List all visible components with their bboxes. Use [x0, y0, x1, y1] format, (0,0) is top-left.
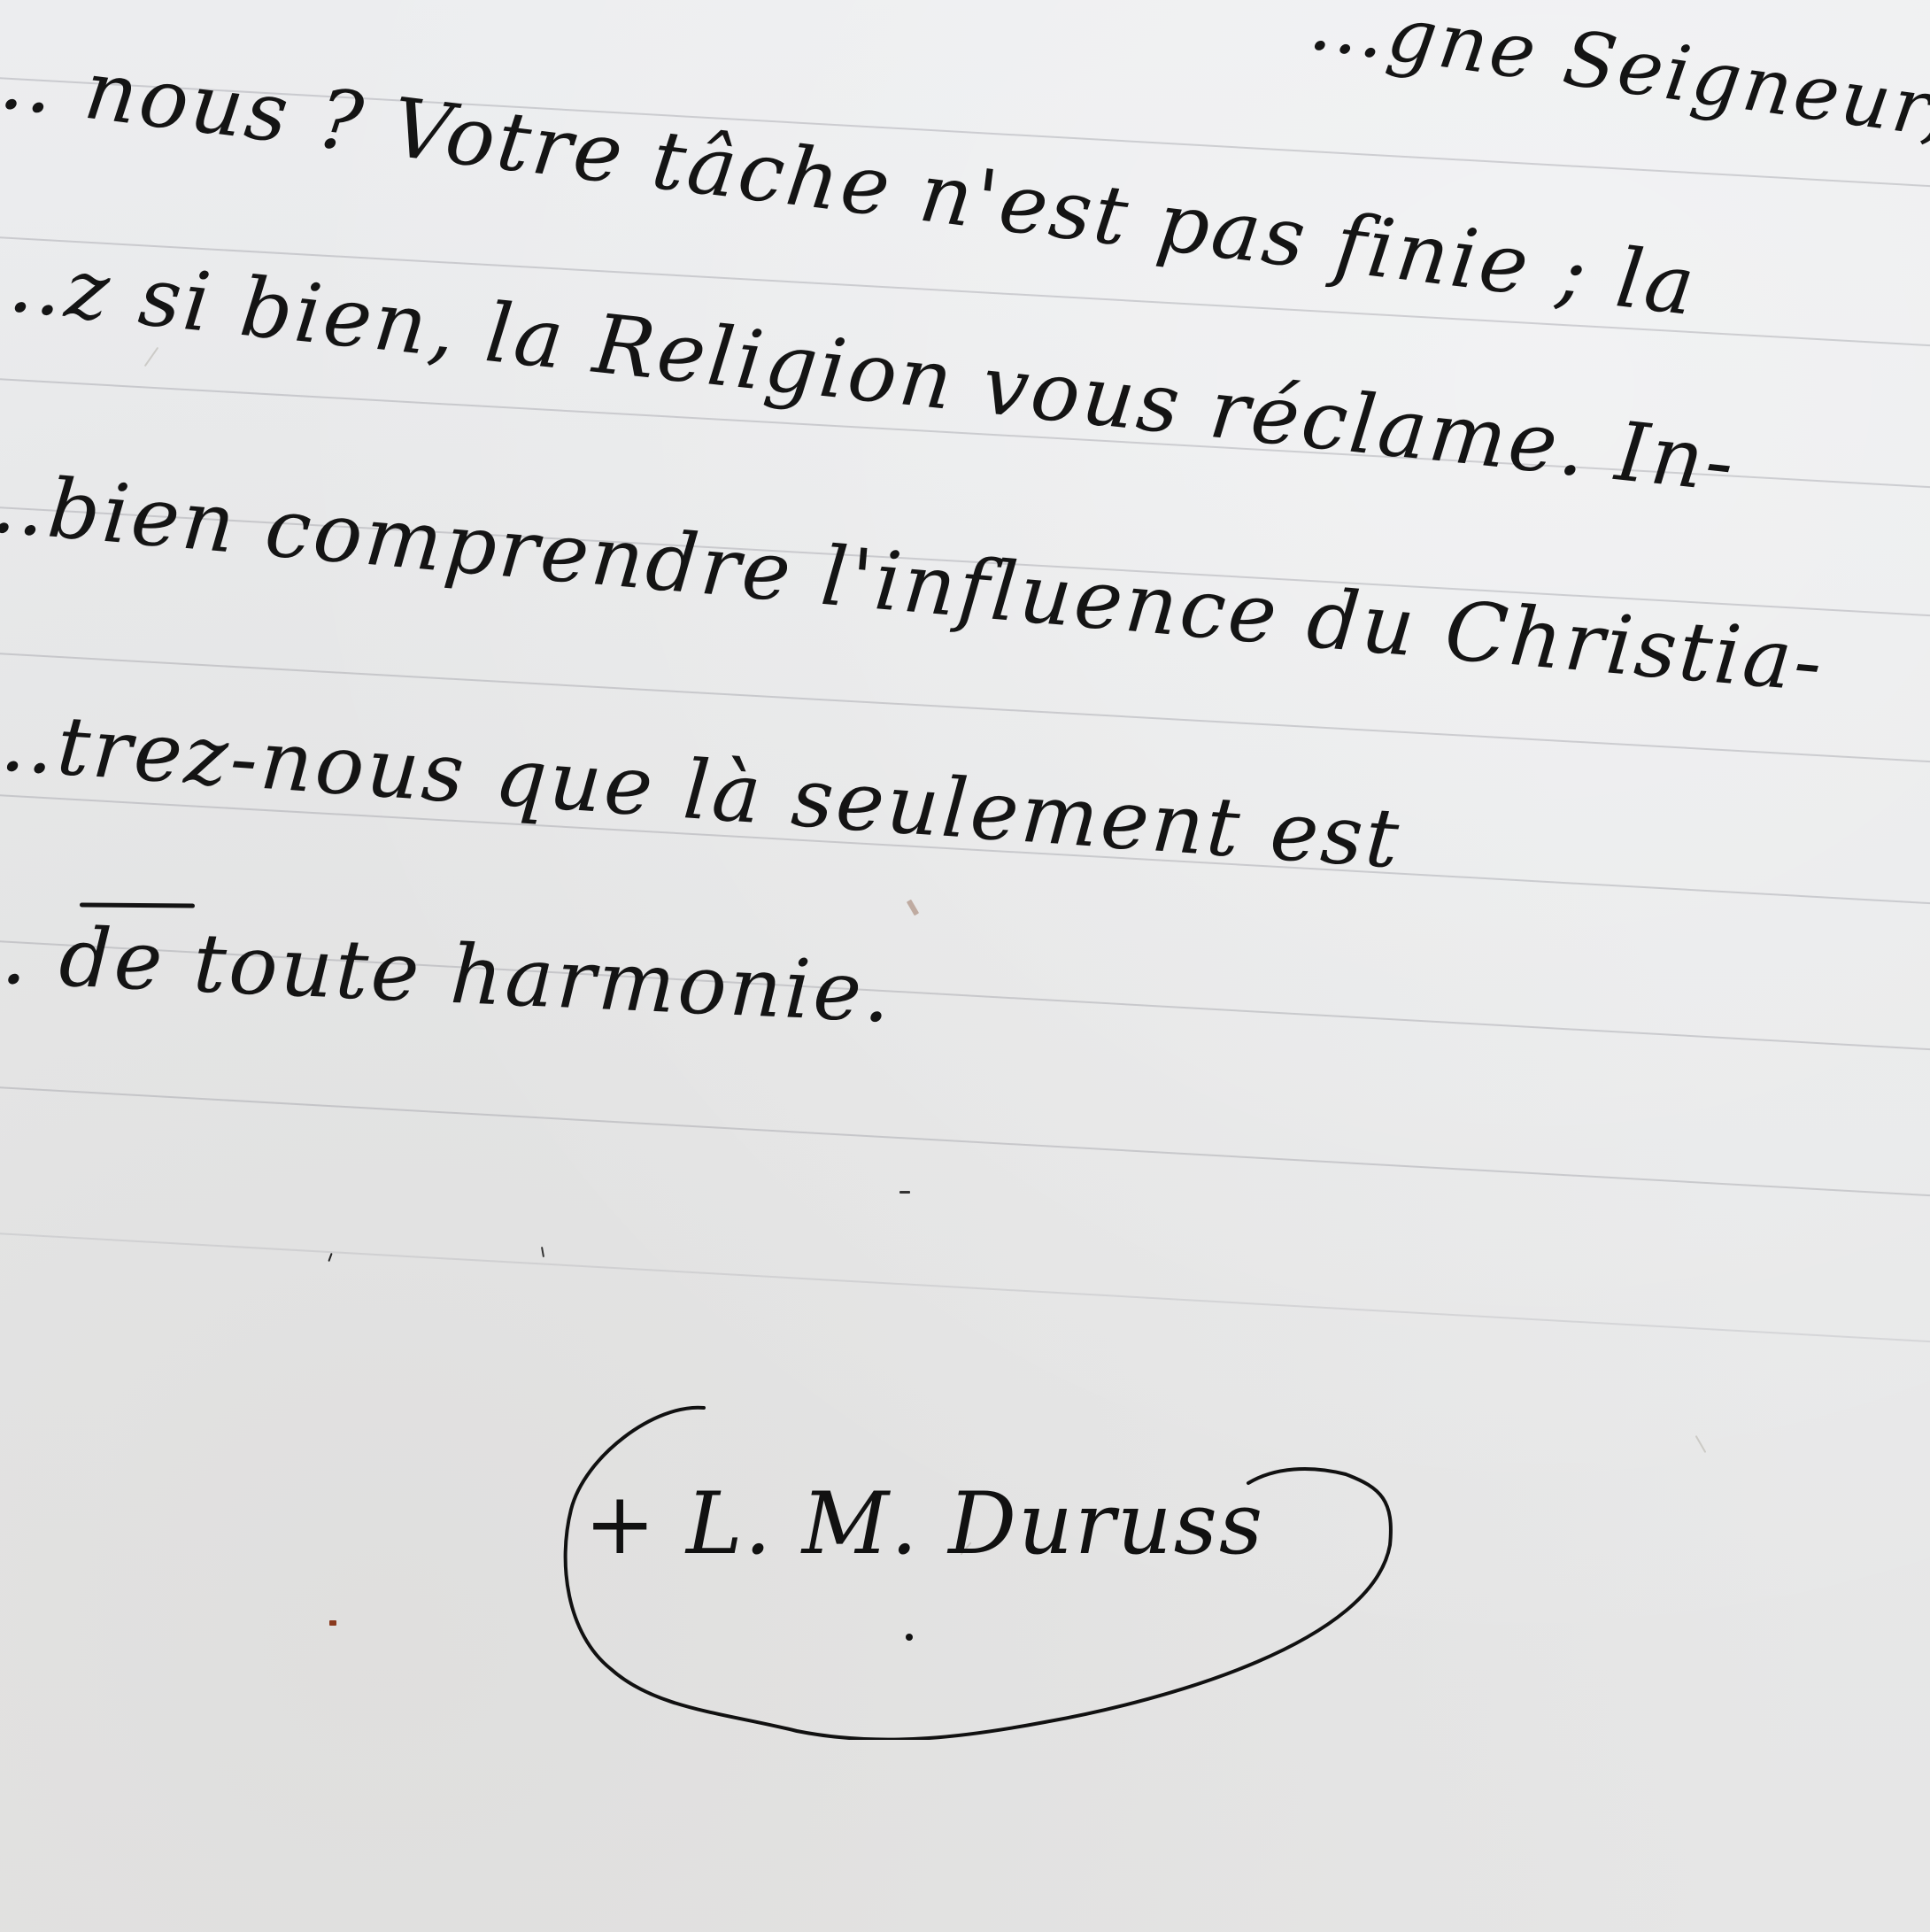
signature: + L. M. Duruss — [584, 1474, 1264, 1573]
paper-speck — [899, 1191, 910, 1194]
signature-dot — [906, 1634, 913, 1641]
signature-block: + L. M. Duruss — [549, 1403, 1399, 1740]
paper-speck — [329, 1620, 336, 1626]
